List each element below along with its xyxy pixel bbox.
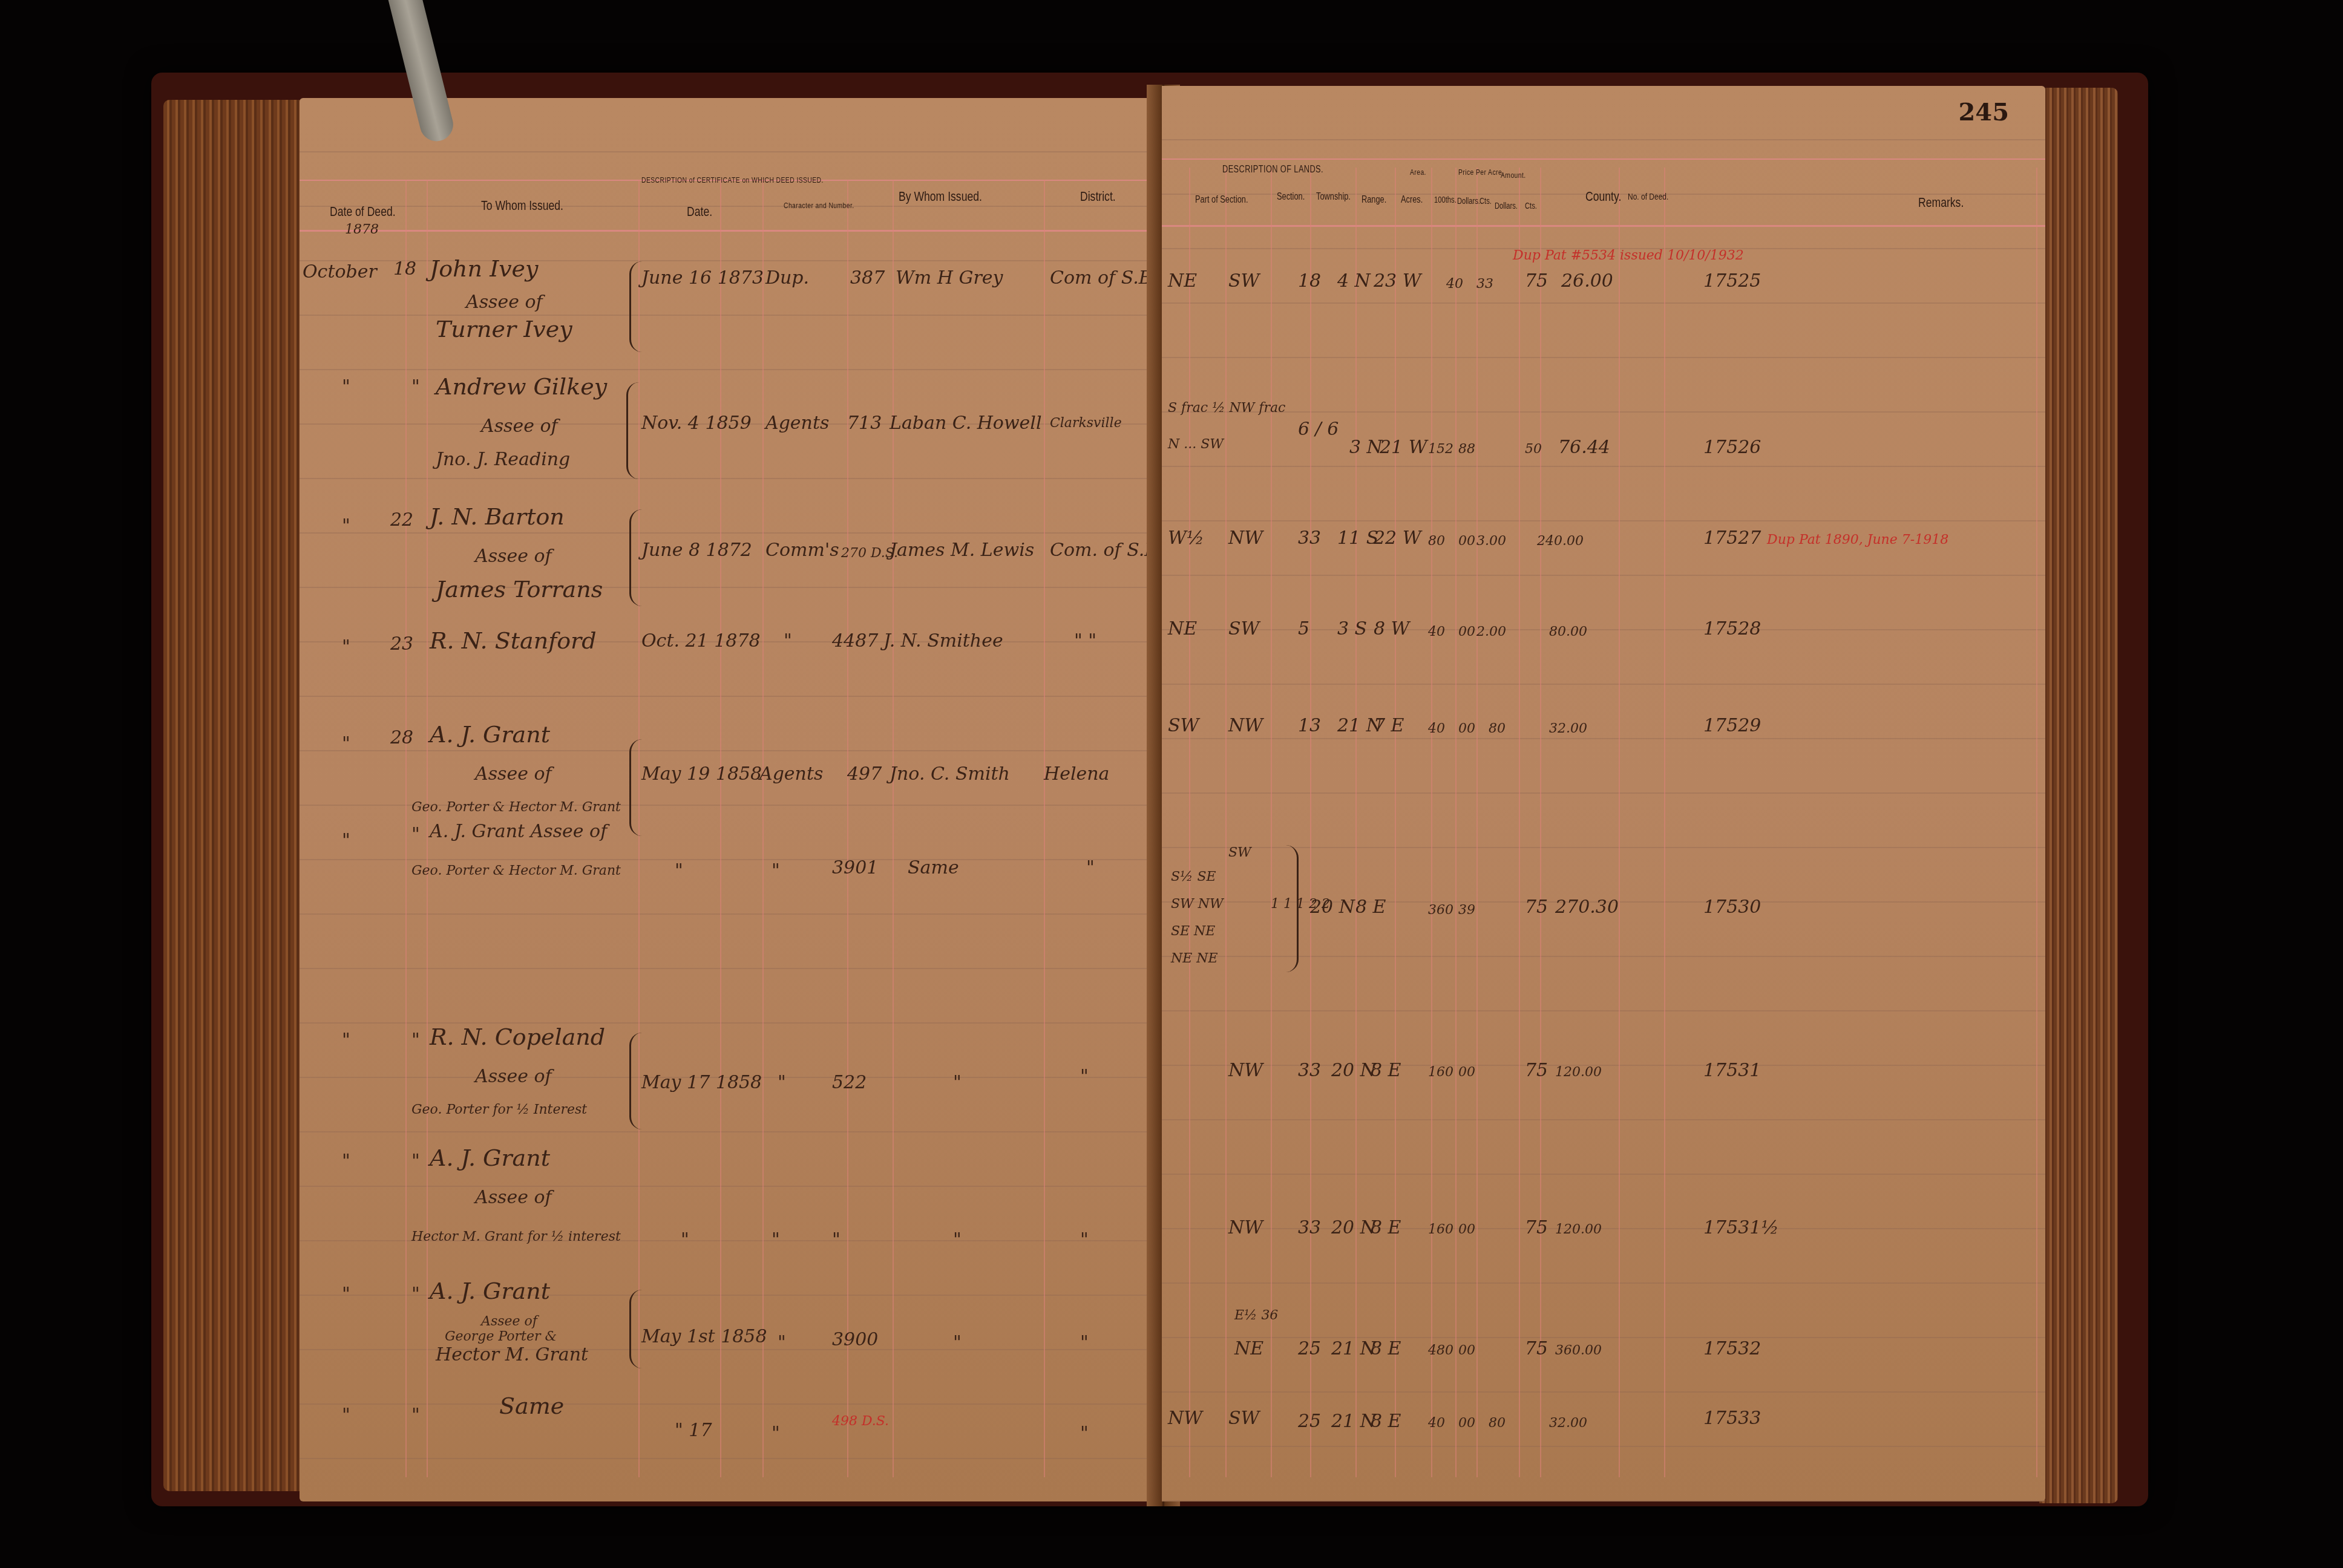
- entry-day: 18: [393, 258, 416, 279]
- deed-number: 17530: [1703, 897, 1761, 918]
- entry-number: 498 D.S.: [832, 1414, 889, 1429]
- entry-grantee-note: Assee of: [475, 1066, 552, 1087]
- header-character-number: Character and Number.: [784, 201, 854, 210]
- entry-day: 23: [390, 633, 413, 655]
- entry-district: " ": [1074, 630, 1096, 652]
- range: 8 E: [1371, 1411, 1401, 1432]
- header-cert-date: Date.: [687, 204, 712, 220]
- header-hundredths: 100ths.: [1434, 195, 1457, 204]
- acres: 152: [1428, 442, 1453, 457]
- year-note: 1878: [345, 222, 379, 237]
- entry-cert-date: May 19 1858: [641, 763, 762, 785]
- header-acres: Acres.: [1401, 195, 1423, 206]
- hundredths: 00: [1458, 721, 1475, 736]
- entry-character: Agents: [759, 763, 823, 785]
- acres: 40: [1428, 721, 1445, 736]
- entry-district: Clarksville: [1050, 416, 1122, 431]
- hundredths: 00: [1458, 1065, 1475, 1080]
- entry-assignor: James Torrans: [436, 576, 603, 603]
- entry-grantee-note: Assee of: [481, 416, 558, 437]
- entry-day: ": [411, 1151, 420, 1172]
- township: 11 S: [1337, 528, 1378, 549]
- entry-by-whom: Wm H Grey: [896, 267, 1003, 289]
- brace: [629, 1290, 642, 1368]
- part-of-section: NW: [1228, 715, 1263, 736]
- header-area-group: Area.: [1410, 168, 1426, 177]
- entry-district: ": [1080, 1423, 1089, 1444]
- price: 75: [1525, 1060, 1548, 1081]
- amount: 32.00: [1549, 721, 1587, 736]
- entry-number: 497: [847, 763, 882, 785]
- entry-month: ": [342, 636, 350, 658]
- part-of-section: E½ 36: [1234, 1308, 1278, 1323]
- entry-month: ": [342, 1284, 350, 1305]
- entry-number: 522: [832, 1072, 867, 1093]
- township: 3 N: [1349, 437, 1383, 458]
- township: 3 S: [1337, 618, 1367, 639]
- price: 75: [1525, 1338, 1548, 1359]
- price: 3.00: [1476, 534, 1506, 549]
- township: 21 N: [1331, 1411, 1376, 1432]
- part-of-section: SE NE: [1171, 924, 1215, 939]
- entry-grantee: R. N. Stanford: [430, 627, 597, 654]
- entry-by-whom: James M. Lewis: [890, 540, 1034, 561]
- entry-number: ": [832, 1229, 841, 1250]
- deed-number: 17532: [1703, 1338, 1761, 1359]
- price: 75: [1525, 897, 1548, 918]
- entry-day: ": [411, 1030, 420, 1051]
- entry-by-whom: ": [953, 1229, 962, 1250]
- section: 33: [1298, 1217, 1321, 1238]
- hundredths: 39: [1458, 903, 1475, 918]
- amount: 76.44: [1558, 437, 1610, 458]
- amount: 120.00: [1555, 1222, 1602, 1237]
- entry-day: ": [411, 824, 420, 845]
- entry-by-whom: Jno. C. Smith: [890, 763, 1010, 785]
- amount: 80.00: [1549, 624, 1587, 639]
- amount: 32.00: [1549, 1416, 1587, 1431]
- header-to-whom-issued: To Whom Issued.: [481, 198, 563, 214]
- entry-cert-date: Nov. 4 1859: [641, 413, 752, 434]
- deed-number: 17531½: [1703, 1217, 1779, 1238]
- section: 25: [1298, 1411, 1321, 1432]
- deed-number: 17527: [1703, 528, 1761, 549]
- header-part-of-section: Part of Section.: [1195, 195, 1248, 206]
- header-remarks: Remarks.: [1918, 195, 1964, 211]
- entry-grantee-note: Assee of: [481, 1314, 537, 1329]
- entry-assignor: Jno. J. Reading: [436, 449, 570, 470]
- entry-grantee: J. N. Barton: [430, 503, 565, 530]
- township: 20 N: [1331, 1060, 1376, 1081]
- entry-number: 713: [847, 413, 882, 434]
- hundredths: 00: [1458, 1416, 1475, 1431]
- hundredths: 00: [1458, 534, 1475, 549]
- header-lands-group: DESCRIPTION OF LANDS.: [1222, 165, 1323, 175]
- entry-character: ": [772, 860, 780, 881]
- acres: 160: [1428, 1222, 1453, 1237]
- entry-assignor: Hector M. Grant for ½ interest: [411, 1229, 621, 1244]
- entry-day: ": [411, 1284, 420, 1305]
- section: 5: [1298, 618, 1309, 639]
- entry-by-whom: J. N. Smithee: [883, 630, 1003, 652]
- entry-day: ": [411, 1405, 420, 1426]
- range: 23 W: [1374, 270, 1421, 292]
- entry-district: ": [1080, 1066, 1089, 1087]
- section: 6 / 6: [1298, 419, 1339, 440]
- brace: [629, 509, 642, 606]
- entry-cert-date: Oct. 21 1878: [641, 630, 761, 652]
- page-stack-left: [163, 100, 309, 1491]
- entry-district: Helena: [1044, 763, 1109, 785]
- header-price-group: Price Per Acre.: [1458, 168, 1504, 177]
- entry-day: 28: [390, 727, 413, 748]
- entry-grantee-note: Assee of: [475, 763, 552, 785]
- header-by-whom-issued: By Whom Issued.: [899, 189, 982, 204]
- part-of-section: SW: [1228, 618, 1259, 639]
- township: 4 N: [1337, 270, 1371, 292]
- part-of-section: NW: [1228, 1060, 1263, 1081]
- part-of-section: SW NW: [1171, 897, 1224, 912]
- price: 2.00: [1476, 624, 1506, 639]
- entry-number: 387: [850, 267, 885, 289]
- hundredths: 33: [1476, 276, 1493, 292]
- range: 8 W: [1374, 618, 1409, 639]
- entry-district: Com of S.B.: [1050, 267, 1158, 289]
- entry-character: Comm's: [765, 540, 839, 561]
- hundredths: 00: [1458, 624, 1475, 639]
- part-of-section: SW: [1228, 270, 1259, 292]
- amount: 120.00: [1555, 1065, 1602, 1080]
- acres: 40: [1428, 624, 1445, 639]
- entry-character: ": [772, 1229, 780, 1250]
- entry-month: ": [342, 830, 350, 851]
- entry-grantee-note: Assee of: [475, 1187, 552, 1208]
- amount: 270.30: [1555, 897, 1619, 918]
- part-of-section: SW: [1228, 1408, 1259, 1429]
- entry-by-whom: ": [953, 1072, 962, 1093]
- entry-by-whom: Same: [908, 857, 959, 878]
- acres: 40: [1446, 276, 1463, 292]
- price: 50: [1525, 442, 1542, 457]
- header-price-cents: Cts.: [1480, 196, 1492, 206]
- entry-assignor: George Porter &: [445, 1329, 557, 1344]
- entry-character: ": [772, 1423, 780, 1444]
- header-amount-cents: Cts.: [1525, 201, 1537, 211]
- remark-red-note: Dup Pat 1890, June 7-1918: [1767, 532, 1948, 547]
- entry-grantee: A. J. Grant: [430, 1278, 550, 1304]
- left-page: Date of Deed. 1878 To Whom Issued. DESCR…: [300, 98, 1159, 1501]
- entry-month: ": [342, 376, 350, 397]
- part-of-section: N ... SW: [1168, 437, 1224, 452]
- part-of-section: NW: [1228, 528, 1263, 549]
- range: 8 E: [1355, 897, 1386, 918]
- range: 7 E: [1374, 715, 1404, 736]
- entry-by-whom: ": [953, 1332, 962, 1353]
- entry-grantee: A. J. Grant: [430, 721, 550, 748]
- township: 20 N: [1331, 1217, 1376, 1238]
- amount: 360.00: [1555, 1343, 1602, 1358]
- entry-month: ": [342, 1151, 350, 1172]
- part-of-section: NE: [1234, 1338, 1263, 1359]
- header-price-dollars: Dollars.: [1457, 196, 1480, 206]
- brace: [629, 739, 642, 836]
- township: 21 N: [1331, 1338, 1376, 1359]
- entry-cert-date: ": [675, 860, 683, 881]
- brace: [626, 382, 639, 479]
- entry-character: Dup.: [765, 267, 809, 289]
- entry-day: 22: [390, 509, 413, 531]
- entry-cert-date: ": [681, 1229, 689, 1250]
- entry-month: October: [303, 261, 377, 283]
- section: 25: [1298, 1338, 1321, 1359]
- part-of-section: S½ SE: [1171, 869, 1216, 884]
- header-range: Range.: [1362, 195, 1386, 206]
- acres: 480: [1428, 1343, 1453, 1358]
- entry-day: ": [411, 376, 420, 397]
- entry-grantee: A. J. Grant: [430, 1145, 550, 1171]
- part-of-section: S frac ½ NW frac: [1168, 400, 1285, 416]
- deed-number: 17528: [1703, 618, 1761, 639]
- part-of-section: NW: [1228, 1217, 1263, 1238]
- header-date-of-deed: Date of Deed.: [330, 204, 396, 220]
- page-number: 245: [1959, 98, 2010, 126]
- range: 8 E: [1371, 1060, 1401, 1081]
- entry-assignor: Hector M. Grant: [436, 1344, 588, 1365]
- section: 33: [1298, 528, 1321, 549]
- entry-district: ": [1080, 1229, 1089, 1250]
- range: 21 W: [1380, 437, 1427, 458]
- range: 8 E: [1371, 1217, 1401, 1238]
- entry-grantee-note: Assee of: [466, 292, 543, 313]
- acres: 360: [1428, 903, 1453, 918]
- brace: [629, 261, 642, 352]
- range: 8 E: [1371, 1338, 1401, 1359]
- section: 13: [1298, 715, 1321, 736]
- entry-number: 3901: [832, 857, 878, 878]
- entry-month: ": [342, 515, 350, 537]
- header-section: Section.: [1277, 192, 1305, 203]
- entry-cert-date: " 17: [675, 1420, 712, 1441]
- entry-number: 3900: [832, 1329, 878, 1350]
- entry-grantee-note: Assee of: [475, 546, 552, 567]
- deed-number: 17525: [1703, 270, 1761, 292]
- header-certificate-group: DESCRIPTION of CERTIFICATE on WHICH DEED…: [641, 175, 824, 185]
- entry-assignor: Turner Ivey: [436, 316, 572, 342]
- part-of-section: NW: [1168, 1408, 1202, 1429]
- header-amount-group: Amount.: [1501, 171, 1526, 180]
- entry-grantee: A. J. Grant Assee of: [430, 821, 607, 842]
- entry-month: ": [342, 733, 350, 754]
- entry-character: Agents: [765, 413, 829, 434]
- part-of-section: W½: [1168, 528, 1204, 549]
- entry-assignor: Geo. Porter & Hector M. Grant: [411, 863, 621, 878]
- entry-cert-date: June 16 1873: [641, 267, 764, 289]
- entry-number: 4487: [832, 630, 878, 652]
- entry-grantee: Andrew Gilkey: [436, 373, 607, 400]
- price: 75: [1525, 270, 1548, 292]
- header-county: County.: [1585, 189, 1621, 204]
- entry-cert-date: May 17 1858: [641, 1072, 762, 1093]
- remark-red-note: Dup Pat #5534 issued 10/10/1932: [1513, 248, 1744, 263]
- entry-cert-date: June 8 1872: [641, 540, 752, 561]
- entry-grantee: Same: [499, 1393, 564, 1419]
- brace: [629, 1033, 642, 1129]
- entry-month: ": [342, 1405, 350, 1426]
- hundredths: 00: [1458, 1343, 1475, 1358]
- entry-district: ": [1086, 857, 1095, 878]
- page-stack-right: [2039, 88, 2118, 1503]
- entry-grantee: John Ivey: [430, 255, 539, 282]
- acres: 80: [1428, 534, 1445, 549]
- header-no-of-deed: No. of Deed.: [1628, 192, 1668, 202]
- deed-number: 17531: [1703, 1060, 1761, 1081]
- part-of-section: NE: [1168, 270, 1197, 292]
- entry-cert-date: May 1st 1858: [641, 1326, 767, 1347]
- entry-by-whom: Laban C. Howell: [890, 413, 1042, 434]
- ledger-photo: Date of Deed. 1878 To Whom Issued. DESCR…: [0, 0, 2343, 1568]
- entry-character: ": [778, 1072, 786, 1093]
- right-page: 245 DESCRIPTION OF LANDS. Part of Sectio…: [1162, 86, 2045, 1501]
- deed-number: 17526: [1703, 437, 1761, 458]
- hundredths: 88: [1458, 442, 1475, 457]
- header-district: District.: [1080, 189, 1116, 204]
- entry-assignor: Geo. Porter & Hector M. Grant: [411, 800, 621, 815]
- entry-grantee: R. N. Copeland: [430, 1024, 605, 1050]
- price: 75: [1525, 1217, 1548, 1238]
- section: 18: [1298, 270, 1321, 292]
- entry-district: ": [1080, 1332, 1089, 1353]
- entry-month: ": [342, 1030, 350, 1051]
- header-township: Township.: [1316, 192, 1351, 203]
- price: 80: [1489, 721, 1506, 736]
- deed-number: 17529: [1703, 715, 1761, 736]
- amount: 240.00: [1537, 534, 1584, 549]
- acres: 160: [1428, 1065, 1453, 1080]
- part-of-section: SW: [1228, 845, 1251, 860]
- amount: 26.00: [1561, 270, 1613, 292]
- part-of-section: SW: [1168, 715, 1199, 736]
- entry-assignor: Geo. Porter for ½ Interest: [411, 1102, 587, 1117]
- township: 20 N: [1310, 897, 1355, 918]
- part-of-section: NE NE: [1171, 951, 1218, 966]
- entry-character: ": [784, 630, 792, 652]
- hundredths: 00: [1458, 1222, 1475, 1237]
- entry-character: ": [778, 1332, 786, 1353]
- deed-number: 17533: [1703, 1408, 1761, 1429]
- range: 22 W: [1374, 528, 1421, 549]
- section: 33: [1298, 1060, 1321, 1081]
- acres: 40: [1428, 1416, 1445, 1431]
- header-amount-dollars: Dollars.: [1495, 201, 1518, 211]
- part-of-section: NE: [1168, 618, 1197, 639]
- price: 80: [1489, 1416, 1506, 1431]
